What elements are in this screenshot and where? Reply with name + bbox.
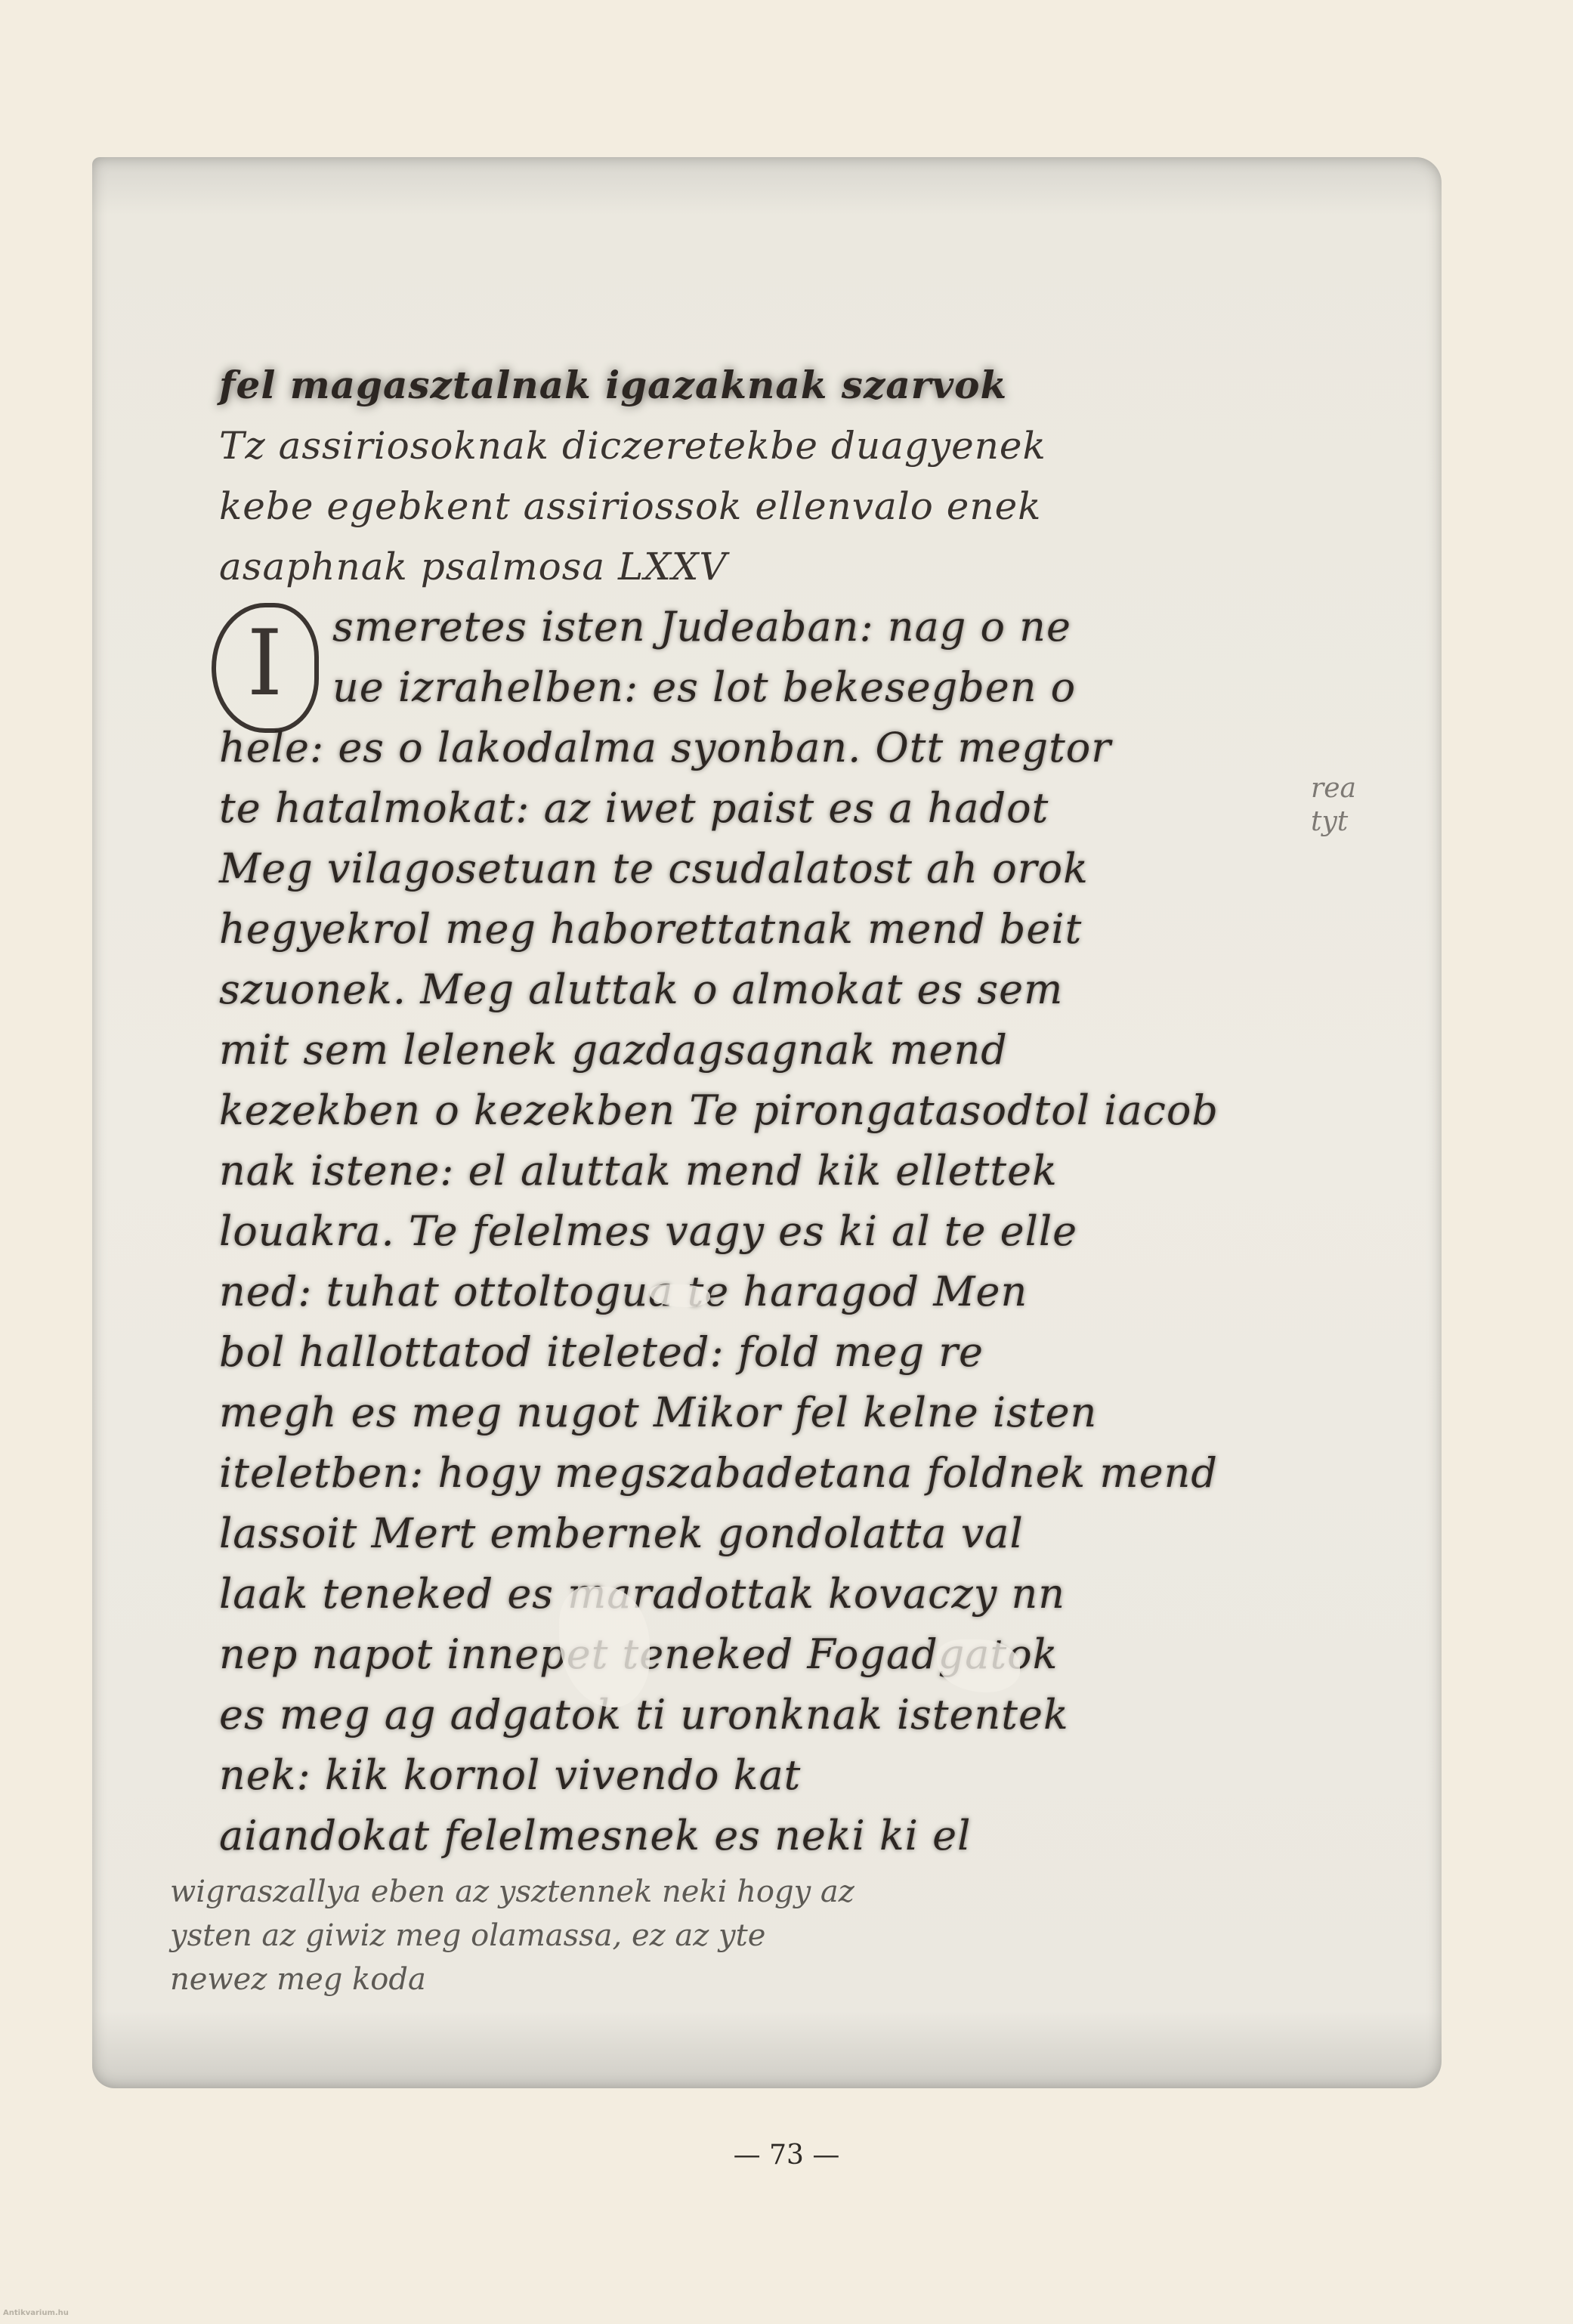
- text-line: szuonek. Meg aluttak o almokat es sem: [219, 960, 1352, 1020]
- text-line: megh es meg nugot Mikor fel kelne isten: [219, 1383, 1352, 1443]
- rubric-line: Tz assiriosoknak diczeretekbe duagyenek: [219, 416, 1352, 476]
- text-line: te hatalmokat: az iwet paist es a hadot: [219, 778, 1352, 839]
- text-line: mit sem lelenek gazdagsagnak mend: [219, 1020, 1352, 1080]
- text-line: louakra. Te felelmes vagy es ki al te el…: [219, 1201, 1352, 1262]
- text-line: kezekben o kezekben Te pirongatasodtol i…: [219, 1080, 1352, 1141]
- text-line: iteletben: hogy megszabadetana foldnek m…: [219, 1443, 1352, 1503]
- text-line: es meg ag adgatok ti uronknak istentek: [219, 1685, 1352, 1745]
- margin-note-line: rea: [1311, 772, 1356, 805]
- text-line: nep napot innepet teneked Fogadgatok: [219, 1624, 1352, 1685]
- text-line: smeretes isten Judeaban: nag o ne: [219, 597, 1352, 657]
- page-number: — 73 —: [0, 2140, 1573, 2171]
- text-line: laak teneked es maradottak kovaczy nn: [219, 1564, 1352, 1624]
- rubric-line: kebe egebkent assiriossok ellenvalo enek: [219, 476, 1352, 536]
- text-line: lassoit Mert embernek gondolatta val: [219, 1503, 1352, 1564]
- rubric-line: asaphnak psalmosa LXXV: [219, 536, 1352, 597]
- later-hand-annotation: wigraszallya eben az ysztennek neki hogy…: [170, 1870, 1266, 2001]
- margin-note-line: tyt: [1311, 805, 1356, 839]
- text-line: hegyekrol meg haborettatnak mend beit: [219, 899, 1352, 960]
- manuscript-text: fel magasztalnak igazaknak szarvok Tz as…: [219, 355, 1352, 1866]
- text-line: hele: es o lakodalma syonban. Ott megtor: [219, 718, 1352, 778]
- annotation-line: newez meg koda: [170, 1958, 1266, 2001]
- text-line: nek: kik kornol vivendo kat: [219, 1745, 1352, 1806]
- annotation-line: ysten az giwiz meg olamassa, ez az yte: [170, 1914, 1266, 1958]
- manuscript-heading: fel magasztalnak igazaknak szarvok: [219, 355, 1352, 416]
- text-line: ue izrahelben: es lot bekesegben o: [219, 657, 1352, 718]
- text-line: aiandokat felelmesnek es neki ki el: [219, 1806, 1352, 1866]
- text-line: ned: tuhat ottoltogua te haragod Men: [219, 1262, 1352, 1322]
- annotation-line: wigraszallya eben az ysztennek neki hogy…: [170, 1870, 1266, 1914]
- text-line: nak istene: el aluttak mend kik ellettek: [219, 1141, 1352, 1201]
- text-line: Meg vilagosetuan te csudalatost ah orok: [219, 839, 1352, 899]
- margin-note: rea tyt: [1311, 772, 1356, 839]
- watermark: Antikvarium.hu: [3, 2309, 69, 2317]
- text-line: bol hallottatod iteleted: fold meg re: [219, 1322, 1352, 1383]
